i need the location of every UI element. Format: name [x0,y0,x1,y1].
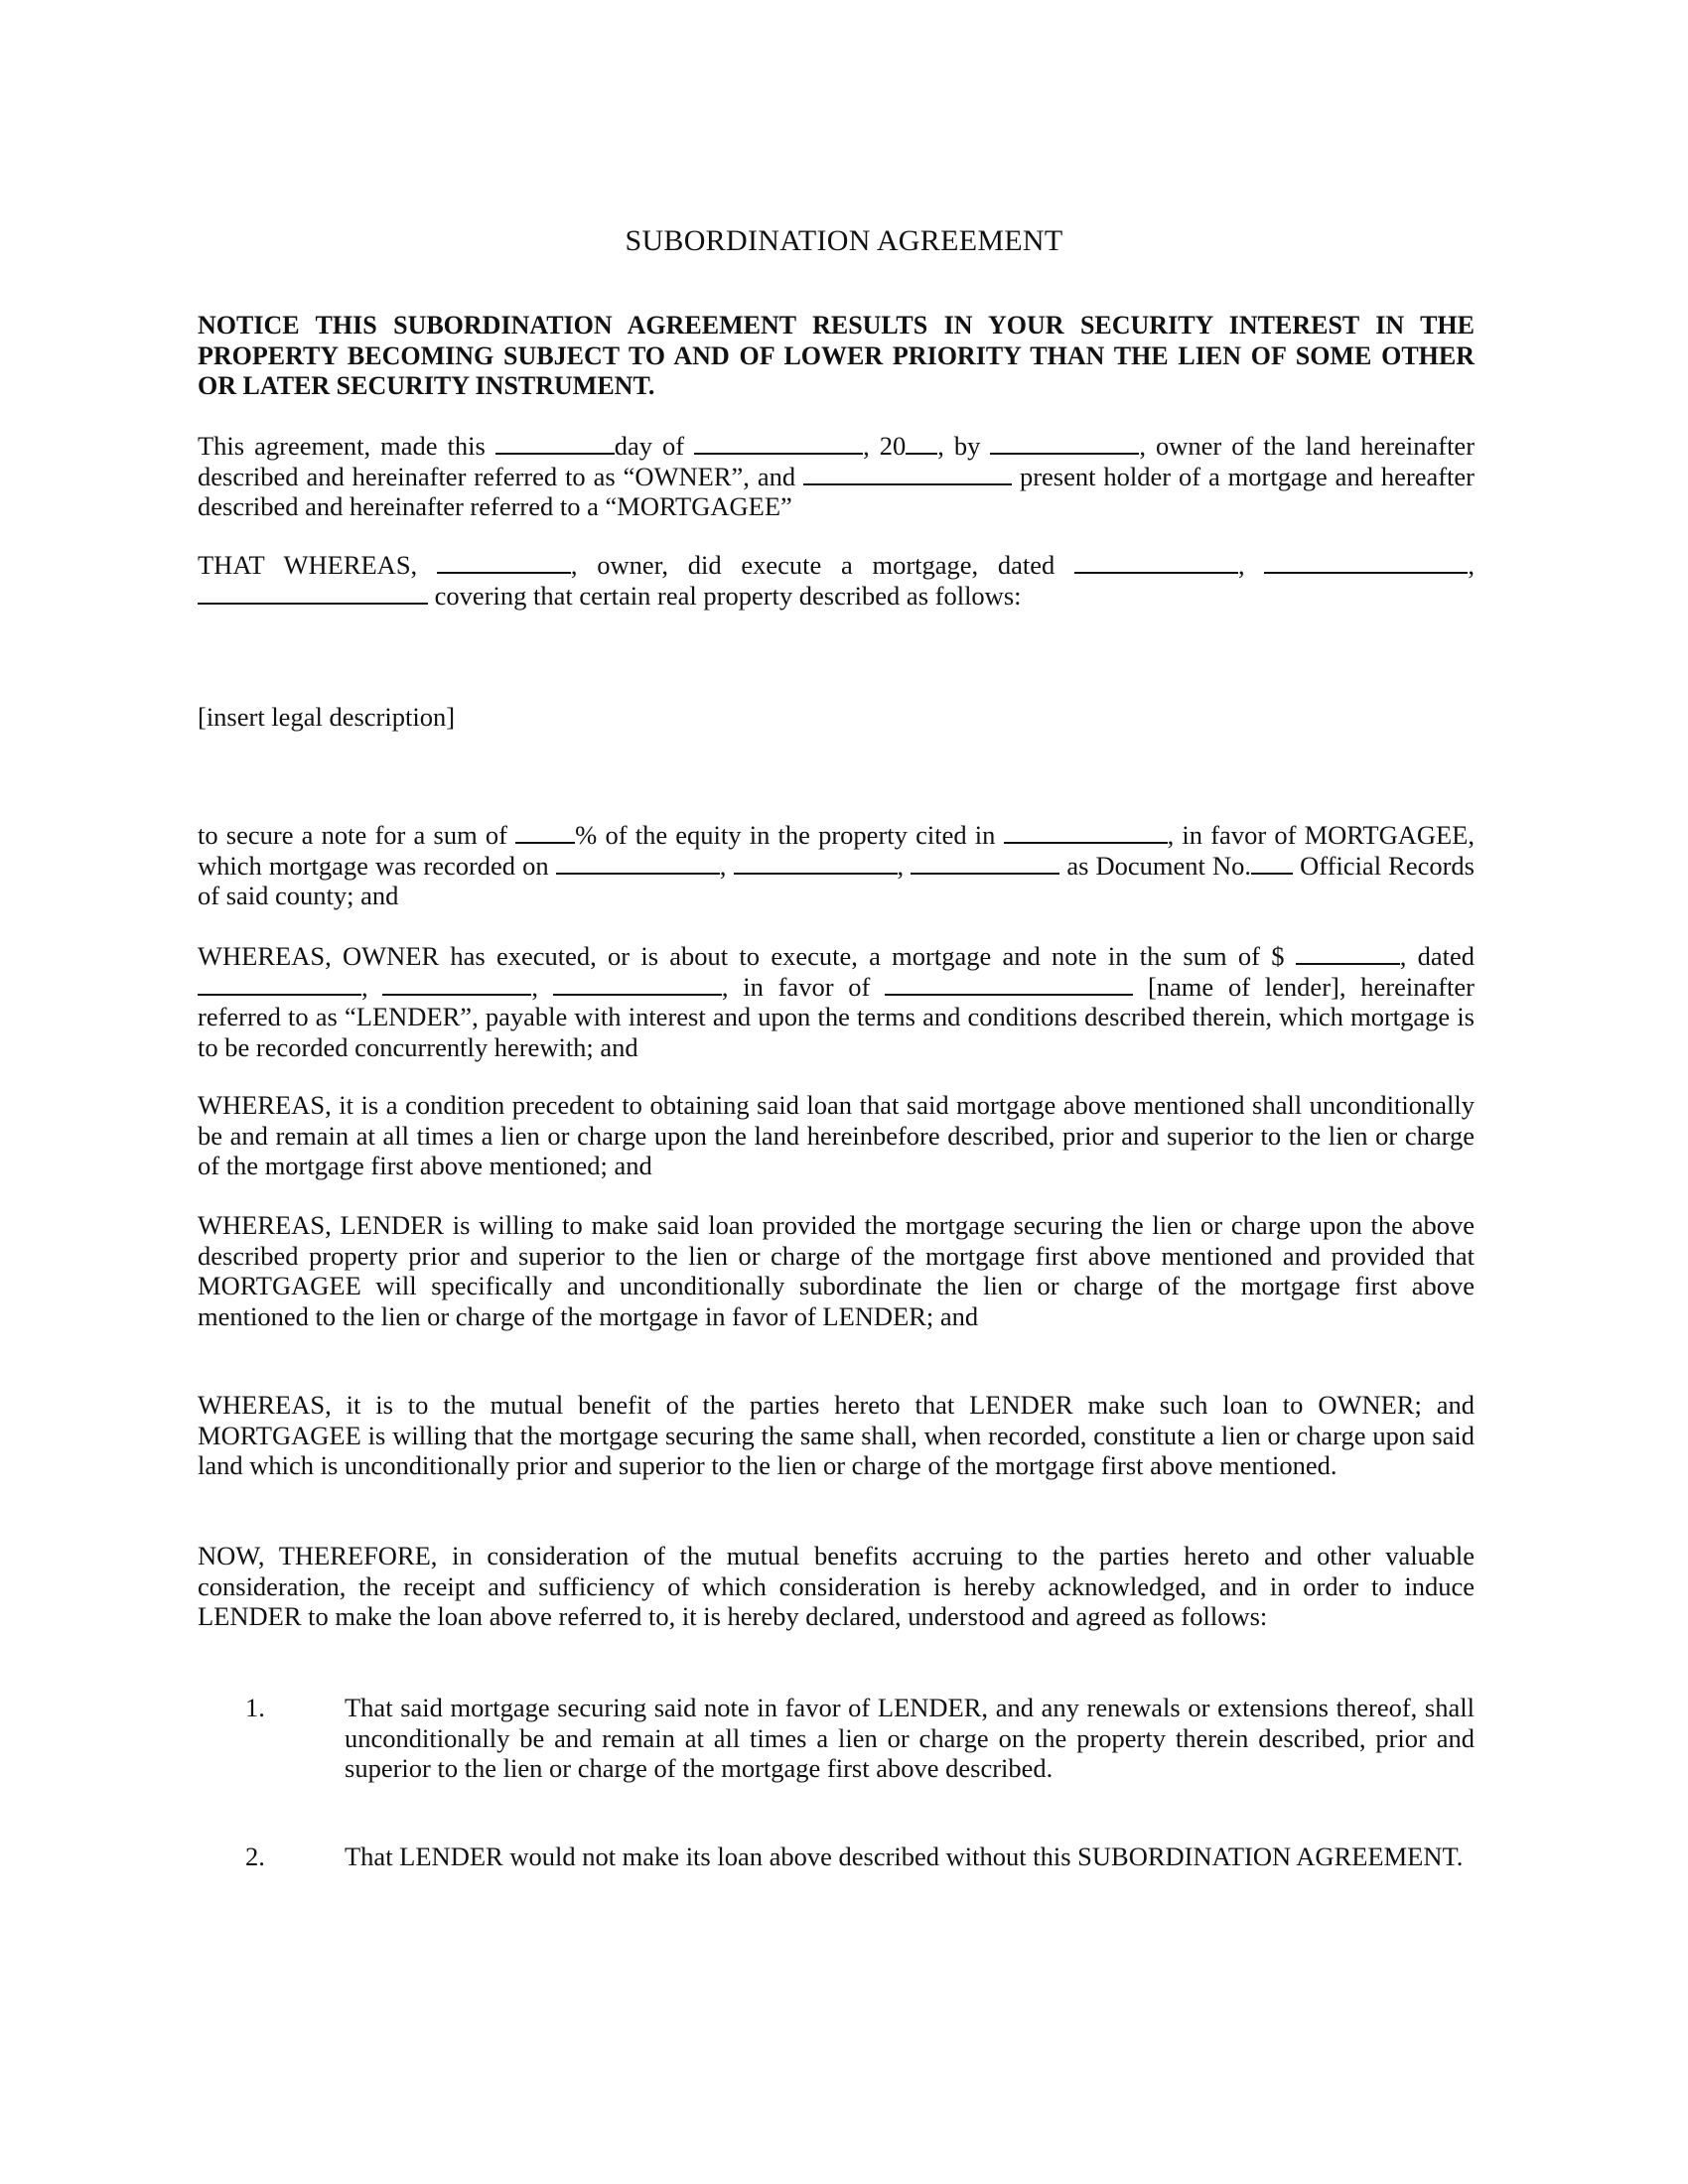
text: This agreement, made this [198,431,495,461]
text: as Document No. [1059,851,1251,881]
text: , 20 [863,431,906,461]
text: , by [937,431,990,461]
text: , dated [1400,941,1475,971]
text: , [898,851,912,881]
text: THAT WHEREAS, [198,550,437,580]
text: , [1468,550,1475,580]
whereas-condition-paragraph: WHEREAS, it is a condition precedent to … [198,1090,1475,1181]
opening-paragraph: This agreement, made this day of , 20, b… [198,431,1475,522]
mortgagee-name-blank[interactable] [803,464,1012,485]
list-item-text: That said mortgage securing said note in… [345,1693,1475,1784]
document-page: SUBORDINATION AGREEMENT NOTICE THIS SUBO… [0,0,1688,2184]
now-therefore-paragraph: NOW, THEREFORE, in consideration of the … [198,1541,1475,1632]
recorded-date-blank-2[interactable] [734,853,898,875]
text: , [1238,550,1264,580]
recorded-date-blank-3[interactable] [911,853,1059,875]
list-item-text: That LENDER would not make its loan abov… [345,1842,1475,1872]
whereas-mortgage-paragraph: THAT WHEREAS, , owner, did execute a mor… [198,550,1475,611]
document-title: SUBORDINATION AGREEMENT [0,224,1688,258]
month-blank[interactable] [694,433,863,455]
text: covering that certain real property desc… [428,581,1022,611]
notice-paragraph: NOTICE THIS SUBORDINATION AGREEMENT RESU… [198,311,1475,402]
list-item-number: 2. [245,1842,265,1872]
text: , owner, did execute a mortgage, dated [571,550,1074,580]
whereas-owner-paragraph: WHEREAS, OWNER has executed, or is about… [198,941,1475,1062]
dated-blank-1[interactable] [198,974,361,996]
secure-note-paragraph: to secure a note for a sum of % of the e… [198,820,1475,911]
owner-name-blank[interactable] [990,433,1139,455]
date-blank-2[interactable] [1264,552,1468,574]
text: % of the equity in the property cited in [575,820,1003,850]
text: , [361,972,382,1002]
dated-blank-3[interactable] [553,974,722,996]
dated-blank-2[interactable] [382,974,531,996]
lender-name-blank[interactable] [885,974,1133,996]
whereas-lender-paragraph: WHEREAS, LENDER is willing to make said … [198,1210,1475,1331]
list-item-number: 1. [245,1693,265,1723]
recorded-date-blank-1[interactable] [556,853,720,875]
document-number-blank[interactable] [1251,853,1293,875]
text: , [531,972,552,1002]
day-blank[interactable] [495,433,615,455]
text: to secure a note for a sum of [198,820,515,850]
text: WHEREAS, OWNER has executed, or is about… [198,941,1296,971]
percent-blank[interactable] [515,822,575,844]
date-blank-1[interactable] [1074,552,1238,574]
text: day of [615,431,694,461]
whereas-mutual-benefit-paragraph: WHEREAS, it is to the mutual benefit of … [198,1390,1475,1481]
year-blank[interactable] [906,433,937,455]
text: , [720,851,734,881]
legal-description-placeholder: [insert legal description] [198,702,1475,733]
date-blank-3[interactable] [198,583,428,605]
sum-blank[interactable] [1296,943,1400,965]
cited-in-blank[interactable] [1004,822,1168,844]
owner-blank[interactable] [437,552,571,574]
text: , in favor of [722,972,885,1002]
